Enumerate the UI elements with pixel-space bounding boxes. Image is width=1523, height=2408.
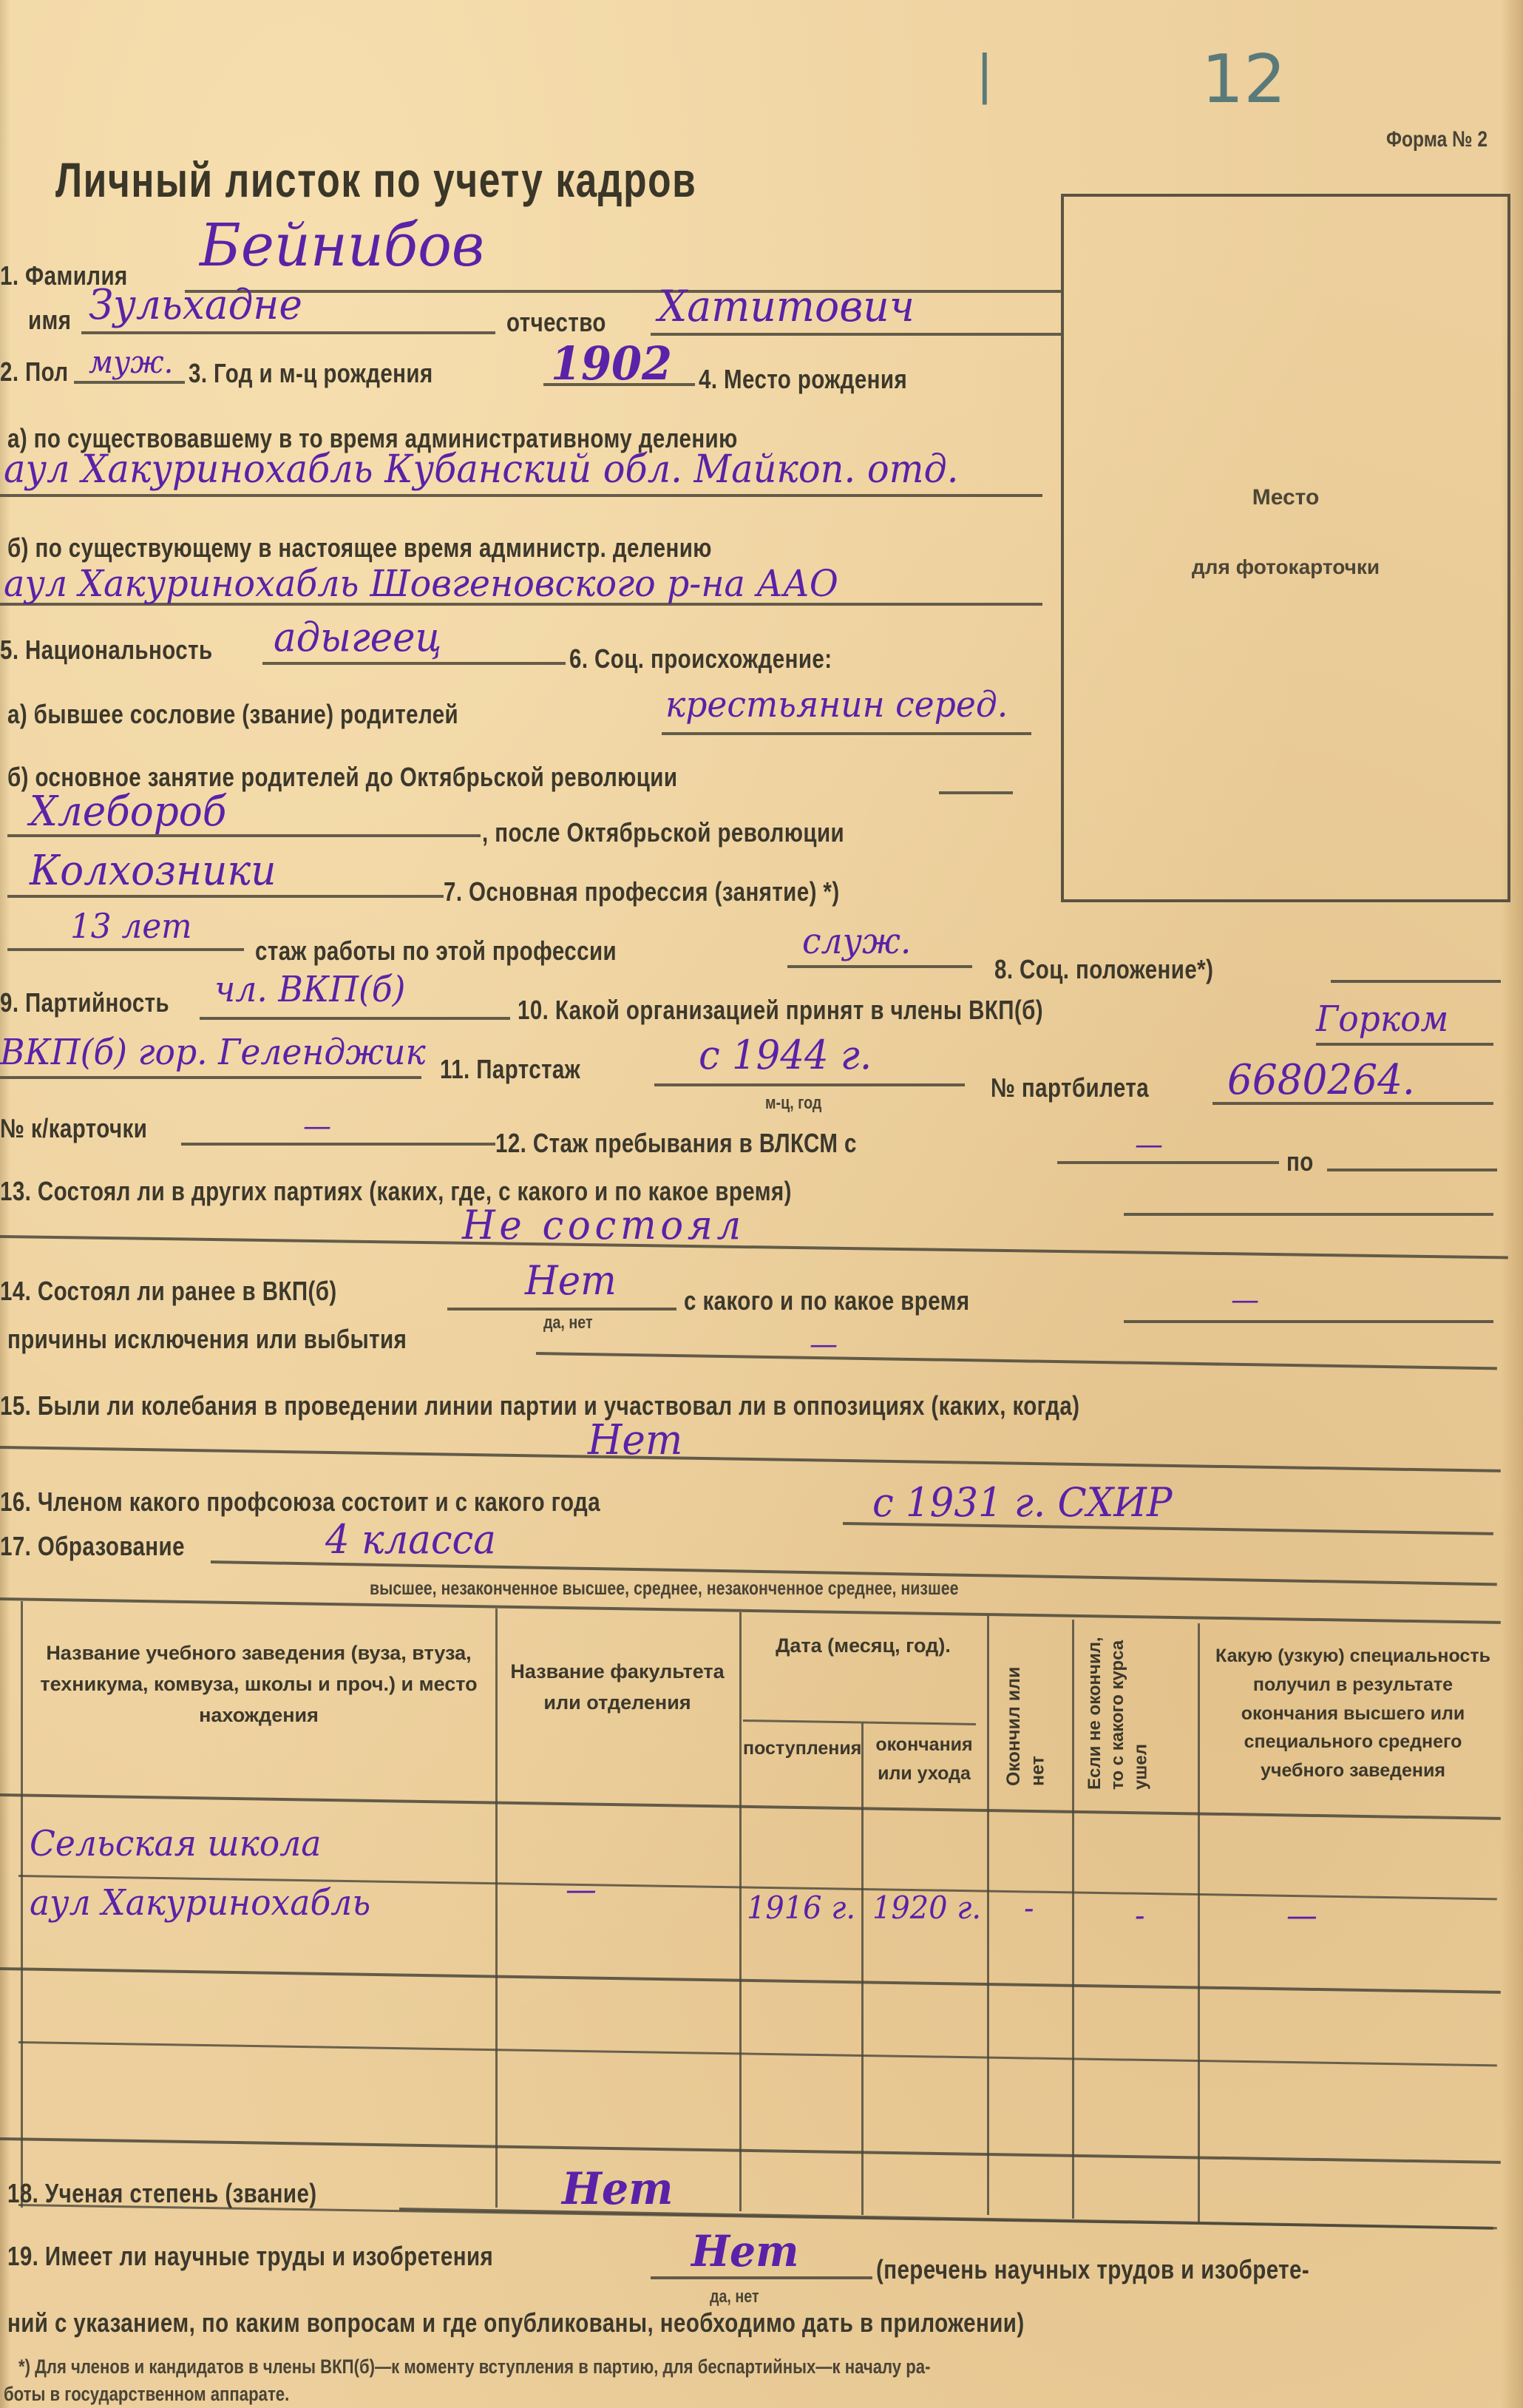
profession-experience-value: служ. bbox=[802, 921, 911, 962]
birth-year-label: 3. Год и м-ц рождения bbox=[189, 358, 433, 389]
cell-date-start: 1916 г. bbox=[747, 1890, 855, 1926]
name-label: имя bbox=[28, 305, 71, 336]
party-since-label: 11. Партстаж bbox=[440, 1054, 580, 1085]
archive-mark: | bbox=[976, 44, 994, 105]
col-header-date-end: окончания или ухода bbox=[865, 1731, 983, 1788]
sex-label: 2. Пол bbox=[0, 356, 69, 388]
col-header-graduated: Окончил или нет bbox=[1002, 1646, 1050, 1786]
birth-place-new-label: б) по существующему в настоящее время ад… bbox=[7, 532, 712, 564]
komsomol-label: 12. Стаж пребывания в ВЛКСМ с bbox=[495, 1128, 857, 1159]
trade-union-label: 16. Членом какого профсоюза состоит и с … bbox=[0, 1487, 600, 1518]
exclusion-reason-label: причины исключения или выбытия bbox=[7, 1324, 407, 1355]
former-member-period-value: — bbox=[1231, 1283, 1259, 1317]
patronymic-label: отчество bbox=[506, 307, 606, 338]
cell-course-left: - bbox=[1135, 1897, 1144, 1933]
party-since-hint: м-ц, год bbox=[765, 1093, 821, 1114]
parents-estate-value: крестьянин серед. bbox=[665, 684, 1008, 726]
degree-label: 18. Ученая степень (звание) bbox=[7, 2178, 317, 2209]
profession-value: 13 лет bbox=[70, 906, 192, 946]
col-header-faculty: Название факультета или отделения bbox=[503, 1657, 732, 1719]
profession-label: 7. Основная профессия (занятие) *) bbox=[444, 876, 840, 907]
col-header-institution: Название учебного заведения (вуза, втуза… bbox=[26, 1638, 492, 1731]
photo-label-line1: Место bbox=[1064, 485, 1507, 510]
education-value: 4 класса bbox=[325, 1516, 496, 1563]
parents-occupation-after-value: Колхозники bbox=[30, 847, 276, 895]
degree-value: Нет bbox=[562, 2163, 673, 2215]
works-hint: да, нет bbox=[710, 2287, 759, 2307]
party-value: чл. ВКП(б) bbox=[214, 969, 405, 1010]
col-header-specialty: Какую (узкую) специальность получил в ре… bbox=[1205, 1642, 1501, 1785]
sex-value: муж. bbox=[89, 344, 173, 380]
candidate-card-value: — bbox=[303, 1109, 331, 1143]
cell-institution-line1: Сельская школа bbox=[30, 1823, 321, 1864]
party-card-label: № партбилета bbox=[991, 1072, 1149, 1103]
photo-label-line2: для фотокарточки bbox=[1064, 555, 1507, 579]
exclusion-reason-value: — bbox=[810, 1328, 838, 1362]
surname-value: Бейнибов bbox=[200, 211, 484, 280]
accepted-by-value: Горком bbox=[1316, 998, 1448, 1040]
birth-place-label: 4. Место рождения bbox=[699, 364, 907, 395]
footnote-line1: *) Для членов и кандидатов в члены ВКП(б… bbox=[18, 2355, 930, 2378]
works-note-cont: ний с указанием, по каким вопросам и где… bbox=[7, 2307, 1025, 2338]
trade-union-value: с 1931 г. СХИР bbox=[872, 1479, 1172, 1526]
accepted-by-value-cont: ВКП(б) гор. Геленджик bbox=[0, 1032, 426, 1073]
former-member-hint: да, нет bbox=[543, 1313, 593, 1333]
works-note: (перечень научных трудов и изобрете- bbox=[876, 2254, 1309, 2285]
birth-place-old-value: аул Хакуринохабль Кубанский обл. Майкоп.… bbox=[4, 447, 958, 492]
komsomol-to-label: по bbox=[1286, 1146, 1314, 1177]
parents-occupation-before-value: Хлебороб bbox=[30, 788, 226, 836]
page-number: 12 bbox=[1201, 41, 1286, 118]
document-title: Личный листок по учету кадров bbox=[55, 152, 696, 208]
education-label: 17. Образование bbox=[0, 1531, 185, 1562]
footnote-line2: боты в государственном аппарате. bbox=[4, 2383, 289, 2406]
cell-date-end: 1920 г. bbox=[872, 1890, 981, 1926]
nationality-value: адыгеец bbox=[274, 614, 441, 660]
social-origin-label: 6. Соц. происхождение: bbox=[569, 643, 832, 674]
accepted-by-label: 10. Какой организацией принят в члены ВК… bbox=[518, 995, 1043, 1026]
candidate-card-label: № к/карточки bbox=[0, 1113, 147, 1144]
patronymic-value: Хатитович bbox=[658, 281, 915, 331]
form-number: Форма № 2 bbox=[1386, 127, 1488, 152]
works-label: 19. Имеет ли научные труды и изобретения bbox=[7, 2241, 493, 2272]
cell-institution-line2: аул Хакуринохабль bbox=[30, 1882, 370, 1924]
cell-specialty: — bbox=[1286, 1897, 1317, 1935]
birth-place-new-value: аул Хакуринохабль Шовгеновского р-на ААО bbox=[4, 562, 838, 605]
opposition-label: 15. Были ли колебания в проведении линии… bbox=[0, 1390, 1079, 1421]
education-hint: высшее, незаконченное высшее, среднее, н… bbox=[370, 1577, 958, 1600]
party-card-value: 6680264. bbox=[1227, 1056, 1415, 1104]
nationality-label: 5. Национальность bbox=[0, 635, 212, 666]
photo-placeholder-box: Место для фотокарточки bbox=[1061, 194, 1510, 902]
party-since-value: с 1944 г. bbox=[699, 1032, 872, 1078]
birth-year-value: 1902 bbox=[551, 336, 672, 390]
cell-faculty: — bbox=[566, 1871, 597, 1909]
profession-experience-label: стаж работы по этой профессии bbox=[255, 936, 617, 967]
name-value: Зульхадне bbox=[89, 281, 302, 329]
former-member-period-label: с какого и по какое время bbox=[684, 1285, 970, 1316]
parents-occupation-after-label: , после Октябрьской революции bbox=[482, 817, 844, 848]
social-status-label: 8. Соц. положение*) bbox=[994, 954, 1213, 985]
col-header-course-left: Если не окончил, то с какого курса ушел bbox=[1083, 1634, 1187, 1790]
cell-graduated: - bbox=[1024, 1890, 1034, 1926]
parents-estate-label: а) бывшее сословие (звание) родителей bbox=[7, 699, 458, 730]
former-member-label: 14. Состоял ли ранее в ВКП(б) bbox=[0, 1276, 337, 1307]
col-header-date: Дата (месяц, год). bbox=[743, 1631, 983, 1662]
komsomol-from-value: — bbox=[1135, 1128, 1163, 1162]
party-label: 9. Партийность bbox=[0, 987, 169, 1018]
col-header-date-start: поступления bbox=[743, 1734, 861, 1763]
former-member-value: Нет bbox=[525, 1257, 617, 1304]
works-value: Нет bbox=[691, 2226, 798, 2276]
